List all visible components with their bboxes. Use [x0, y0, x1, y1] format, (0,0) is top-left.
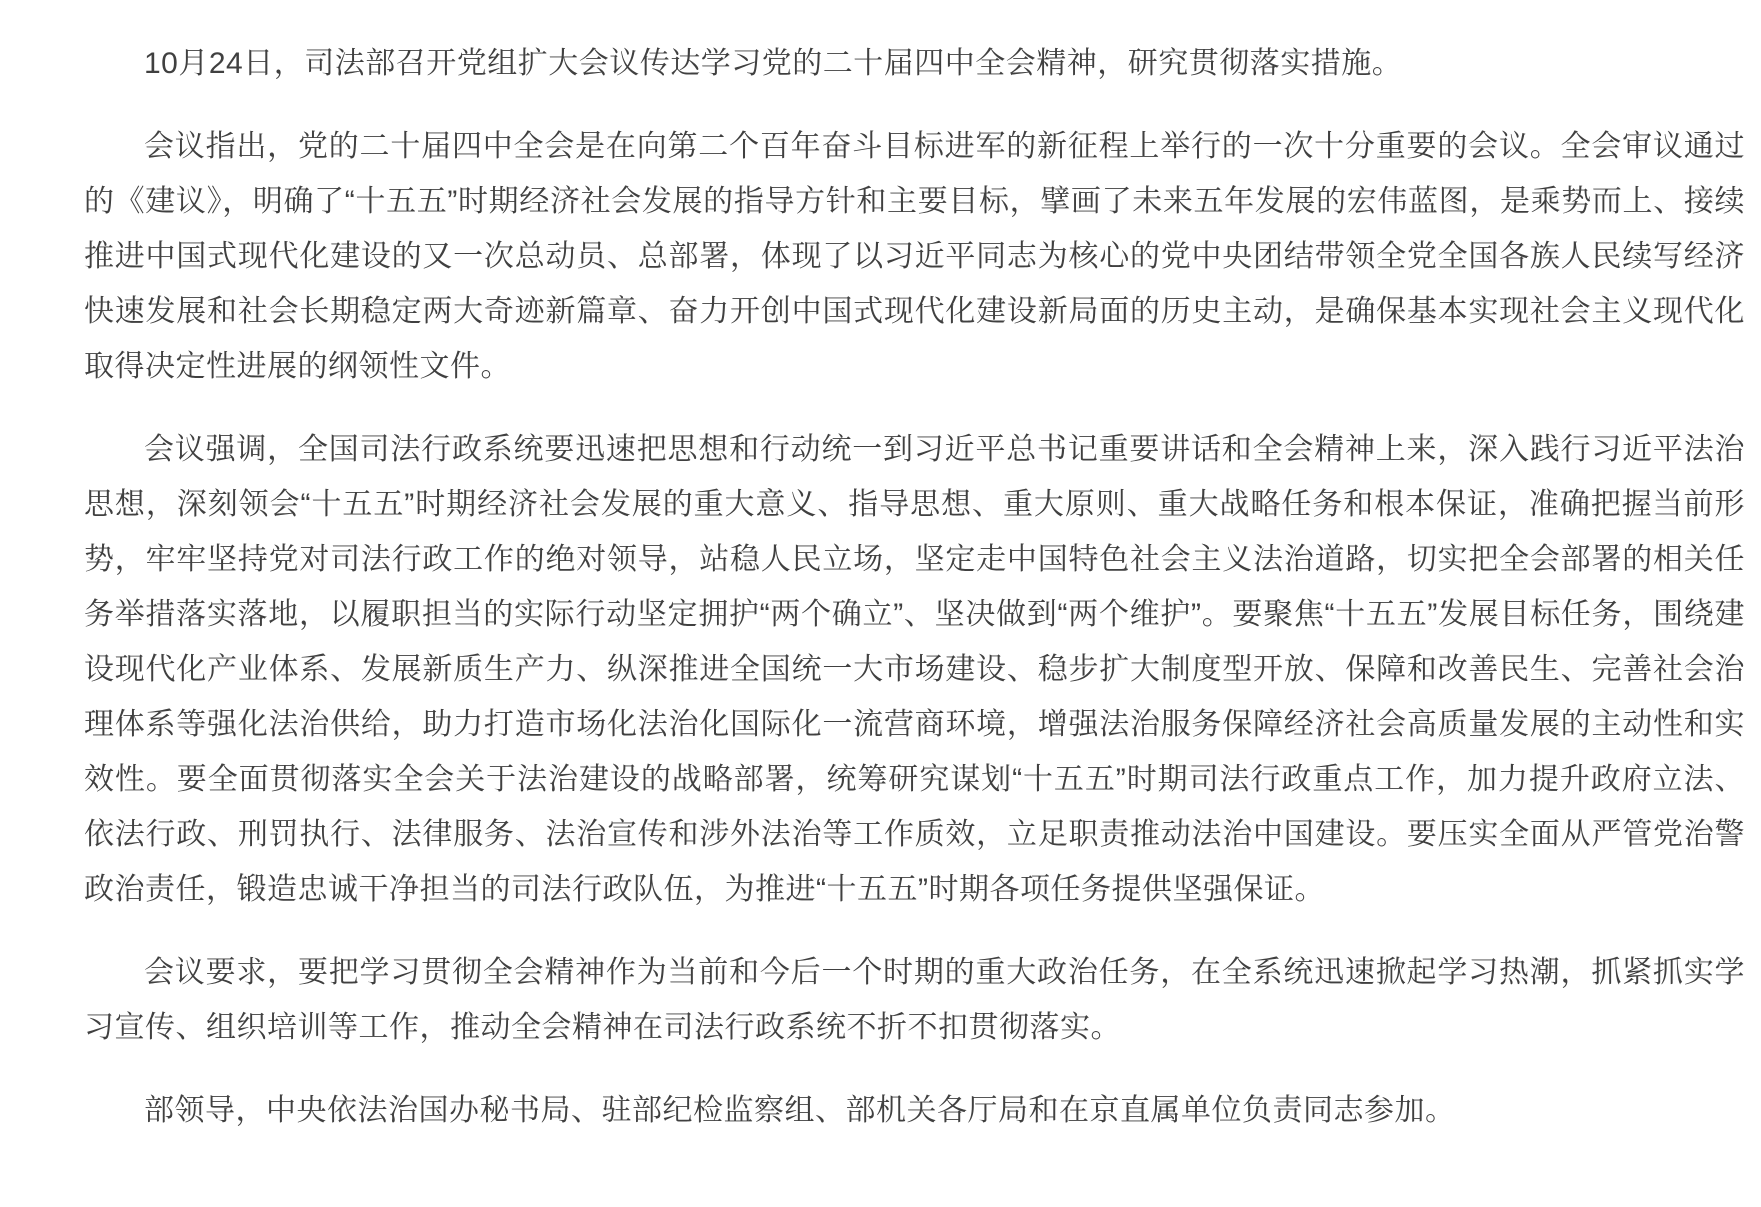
paragraph-meeting-pointed-out: 会议指出，党的二十届四中全会是在向第二个百年奋斗目标进军的新征程上举行的一次十分… [84, 119, 1745, 394]
article-page: 10月24日，司法部召开党组扩大会议传达学习党的二十届四中全会精神，研究贯彻落实… [0, 0, 1761, 1207]
paragraph-attendees: 部领导，中央依法治国办秘书局、驻部纪检监察组、部机关各厅局和在京直属单位负责同志… [84, 1083, 1745, 1138]
paragraph-intro: 10月24日，司法部召开党组扩大会议传达学习党的二十届四中全会精神，研究贯彻落实… [84, 36, 1745, 91]
article-body: 10月24日，司法部召开党组扩大会议传达学习党的二十届四中全会精神，研究贯彻落实… [84, 36, 1745, 1138]
paragraph-meeting-required: 会议要求，要把学习贯彻全会精神作为当前和今后一个时期的重大政治任务，在全系统迅速… [84, 945, 1745, 1055]
paragraph-meeting-emphasized: 会议强调，全国司法行政系统要迅速把思想和行动统一到习近平总书记重要讲话和全会精神… [84, 422, 1745, 917]
